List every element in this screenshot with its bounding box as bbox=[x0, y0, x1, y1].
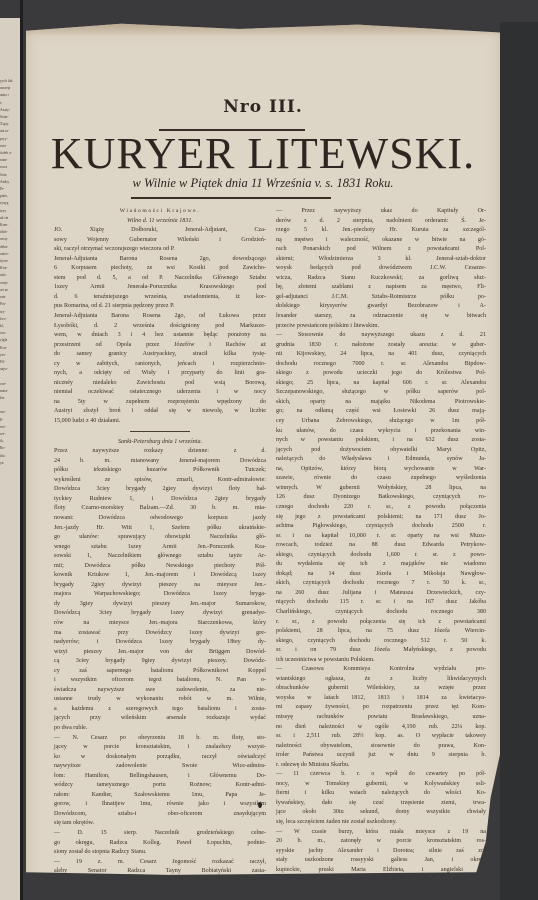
text-line: ku ułanów, do czasu wykrycia i przekonan… bbox=[276, 427, 486, 437]
text-line: mii; Dowódzca półku Newskiego piechoty P… bbox=[54, 562, 266, 572]
text-line: — Czasowa Kommisya Kontrolna wydziału pr… bbox=[276, 665, 486, 675]
text-line: Przez naywyższe rozkazy dzienne: z d. bbox=[54, 447, 266, 457]
text-line: Łysobóki, d. 2 września dościgniony pod … bbox=[54, 322, 266, 332]
text-line: się jego z powstańcami polskiemi; na 171… bbox=[276, 513, 486, 523]
text-line: achima Pigłowskiego, czyniących dochodu … bbox=[276, 522, 486, 532]
text-line: skiego, czyniących dochodu 1,600 r. sr. … bbox=[276, 551, 486, 561]
text-line: tyckiey Rudniew 1, i Dowódzca 2giey bryg… bbox=[54, 495, 266, 505]
text-line: dokąd; na 14 dusz Józefa i Mikołaja Nawg… bbox=[276, 570, 486, 580]
text-line: a każdemu z szeregowych tego batalionu i… bbox=[54, 705, 266, 715]
text-line: jącey w porcie kronsztatskim, i znalazłs… bbox=[54, 743, 266, 753]
newspaper-page: Nro III. KURYER LITEWSKI. w Wilnie w Pią… bbox=[26, 22, 500, 894]
text-line: gle. Z osad jednak tych okrętów wszyscy … bbox=[276, 875, 486, 885]
text-line: rach Ponarskich pod Wilnem z powstańcami… bbox=[276, 245, 486, 255]
text-line: Dowódzca 3ciey brygady 2giey dywizyi flo… bbox=[54, 485, 266, 495]
text-line: Senatu. bbox=[54, 886, 266, 896]
text-line: cy zaś sapernego batalionu Półkownikowi … bbox=[54, 667, 266, 677]
text-line: na, Opitzów, którzy biorą wychowanie w W… bbox=[276, 465, 486, 475]
left-column: Wiadomości Krajowe. Wilno d. 11 września… bbox=[54, 207, 266, 896]
text-line: Dowódzcą 3ciey brygady 1szey dywizyi gre… bbox=[54, 609, 266, 619]
text-line: wem, w dniach 3 i 4 bez ustannie będąc p… bbox=[54, 331, 266, 341]
text-line: go ułanów: sprawujący obowiązki Naczelni… bbox=[54, 533, 266, 543]
text-line: łom: Hamilton, Bellingshausen, i Głównem… bbox=[54, 772, 266, 782]
text-line: nii Kijowskiey, 24 lipca, na 401 dusz, c… bbox=[276, 350, 486, 360]
text-line: skiego z powodu ucieczki jego do Królest… bbox=[276, 369, 486, 379]
text-line: Jen.-jazdy Hr. Witt 1, Szefem półku ukra… bbox=[54, 524, 266, 534]
text-line: nocy, w Tomskiey gubernii, w Kolywańskie… bbox=[276, 780, 486, 790]
text-line: — Stosownie do naywyższego ukazu z d. 21 bbox=[276, 331, 486, 341]
text-line: aleby Senator Radzca Tayny Bobiatyński z… bbox=[54, 867, 266, 877]
text-line: rzego 5 kl. Jen.-piechoty Hr. Kuruta za … bbox=[276, 226, 486, 236]
text-line: polskiemi, 28 lipca, na 75 dusz Józefa W… bbox=[276, 627, 486, 637]
text-line: należności obywatelom, stosownie do praw… bbox=[276, 742, 486, 752]
text-line: Jenerał-Adjutanta Barona Rosena 2go, od … bbox=[54, 312, 266, 322]
adjacent-left-page: yych lub ausreja ataia i e Azasy- Soiar-… bbox=[0, 18, 20, 900]
text-line: niemiał oczekiwać ostatecznego uderzenia… bbox=[54, 388, 266, 398]
text-line: stem pod d. 5, a od P. Naczelnika Główne… bbox=[54, 274, 266, 284]
text-line: ski, raczył otrzymać wczorajszego wieczo… bbox=[54, 245, 266, 255]
text-line: sr. i on 79 dusz Józefa Małyńskiego, z p… bbox=[276, 646, 486, 656]
text-line: skich, czyniących dochodu rocznego 7 r. … bbox=[276, 579, 486, 589]
text-line: obrachunków gubernii Wileńskiey, za wzię… bbox=[276, 684, 486, 694]
text-line: syyskie jachty Alexander i Dorotea; siln… bbox=[276, 847, 486, 857]
text-line: szawie, równie do czasu zupełnego wyśled… bbox=[276, 474, 486, 484]
text-line: brygady 2giey dywizyi pieszey na mieysce… bbox=[54, 581, 266, 591]
text-line: półku irkutskiego huzarów Półkownik Tutc… bbox=[54, 466, 266, 476]
left-page-fragments: yych lub ausreja ataia i e Azasy- Soiar-… bbox=[0, 78, 19, 598]
text-line: ną męstwo i waleczność, okazane w bitwie… bbox=[276, 236, 486, 246]
text-line: kownik Kriukow 1, Jen.-majorem i Dowódzc… bbox=[54, 571, 266, 581]
text-line: 6 Korpusem piechoty, ze wsi Kosiki pod Z… bbox=[54, 264, 266, 274]
text-line: Dowódzcom, sztabs-i ober-oficerom znaydu… bbox=[54, 810, 266, 820]
text-line: należących do Władysława i Edmunda, synó… bbox=[276, 455, 486, 465]
text-line: derów z d. 2 sierpnia, nadolnieni ordera… bbox=[276, 217, 486, 227]
text-line: fierni i kilku wsiach należących do włoś… bbox=[276, 789, 486, 799]
text-line: skiemi; Włodzimierza 3 kl. Jenerał-sztab… bbox=[276, 255, 486, 265]
text-line: rowcach, todzież na 88 dusz Edwarda Petr… bbox=[276, 541, 486, 551]
text-line: dy 3giey dywizyi pieszey Jen.-major Suma… bbox=[54, 600, 266, 610]
text-line: ko w doskonałym porządku, raczył oświadc… bbox=[54, 753, 266, 763]
text-line: jących przy wileńskim arsenale rozkazuje… bbox=[54, 714, 266, 724]
text-line: 126 dusz Dyonizego Batkowskiego, czyniąc… bbox=[276, 493, 486, 503]
text-line: go; na odłamą część wsi Łosiewki 26 dusz… bbox=[276, 407, 486, 417]
text-line: się, leca szczęściem żaden nie został us… bbox=[276, 818, 486, 828]
text-line: dochodu rocznego 7000 r. sr. Alexandra B… bbox=[276, 360, 486, 370]
text-line: Charlińskiego, czyniących dochodu roczne… bbox=[276, 608, 486, 618]
text-line: kupieckie, pruski Maria Elżbieta, i angi… bbox=[276, 866, 486, 876]
text-line: jące około 30tu sekund, domy wszystkie c… bbox=[276, 808, 486, 818]
subsection-date: Sankt-Petersburg dnia 1 września. bbox=[54, 438, 266, 448]
text-line: ratowali na inne. (T. P.) bbox=[276, 885, 486, 895]
newspaper-title: KURYER LITEWSKI. bbox=[26, 132, 500, 176]
text-line: Jenerał-Adjutanta Barona Rosena 2go, dow… bbox=[54, 255, 266, 265]
text-line: dał w 2gim oddziale 6go Departamentu Rzą… bbox=[54, 877, 266, 887]
text-line: nadyerów; i Dowódzca 1szey brygady 18tey… bbox=[54, 638, 266, 648]
text-line: winnych. W gubernii Wołyńskiey, 28 lipca… bbox=[276, 484, 486, 494]
right-column: — Przez naywyższy ukaz do Kapituły Or-de… bbox=[276, 207, 486, 894]
text-line: 24 b. m. mianowany Jenerał-majorem Dowód… bbox=[54, 457, 266, 467]
text-line: — D. 15 sierp. Naczelnik grodzieńskiego … bbox=[54, 829, 266, 839]
text-line: floty Czarno-morskiey Balzam.—Zd. 30 b. … bbox=[54, 504, 266, 514]
text-line: sr. i 2,511 rub. 28½ kop. as. O wypłacie… bbox=[276, 732, 486, 742]
text-line: — Przez naywyższy ukaz do Kapituły Or- bbox=[276, 207, 486, 217]
text-line: — W czasie burzy, która miała mieysce z … bbox=[276, 828, 486, 838]
text-line: cznego dochodu 220 r. sr., z powodu połą… bbox=[276, 503, 486, 513]
article-decrees: — Przez naywyższy ukaz do Kapituły Or-de… bbox=[276, 207, 486, 894]
text-line: Szczepanowskiego, służącego w półku sape… bbox=[276, 388, 486, 398]
text-line: do samey granicy Austryackiey, stracił k… bbox=[54, 350, 266, 360]
text-line: dolskiego kirysyerów gwardyi Bezobrazow … bbox=[276, 302, 486, 312]
scanner-background bbox=[500, 22, 538, 900]
issue-number: Nro III. bbox=[26, 97, 500, 117]
text-line: nych w powstaniu polskiem, i na 632 dusz… bbox=[276, 436, 486, 446]
text-line: r. odezwę do Ministra Skarbu. bbox=[276, 761, 486, 771]
text-line: rałom: Kandier, Szałowskiemu 1mu, Papa J… bbox=[54, 791, 266, 801]
text-line: troler Państwa uczynił już w dniu 9 sier… bbox=[276, 751, 486, 761]
book-binding bbox=[20, 0, 23, 900]
text-line: na 5ty w zupełnem rozprzężeniu wpędzony … bbox=[54, 398, 266, 408]
text-line: na 260 dusz Julijana i Mateusza Drzewiec… bbox=[276, 589, 486, 599]
article-petersburg: Przez naywyższe rozkazy dzienne: z d.24 … bbox=[54, 447, 266, 896]
text-line: wiantskiego ogłasza, że z liczby likwida… bbox=[276, 675, 486, 685]
text-line: gel-adjutanci J.C.M. Sztabs-Rotmistrze p… bbox=[276, 293, 486, 303]
text-line: wódzcy tameysznego portu Rożnow; Kontr-a… bbox=[54, 781, 266, 791]
text-line: — 11 czerwca b. r. o wpół do czwartey po… bbox=[276, 770, 486, 780]
text-line: świadcza naywyższe swe zadowolenie, za n… bbox=[54, 686, 266, 696]
text-line: cey Urbana Żebrowskiego, służącego w 1m … bbox=[276, 417, 486, 427]
ink-spot bbox=[258, 802, 262, 808]
text-line: lexander starszy, za odznaczenie się w b… bbox=[276, 312, 486, 322]
text-line: skiego; 25 lipca, na kapitał 606 r. sr. … bbox=[276, 379, 486, 389]
text-line: pus Romarina, od d. 21 sierpnia pędzony … bbox=[54, 302, 266, 312]
text-line: ma zostawać przy Dowódzcy 1szey dywizyi … bbox=[54, 629, 266, 639]
text-line: wicza, Radzca Stanu Kuczkowski; za gorli… bbox=[276, 274, 486, 284]
text-line: 15,000 ludzi z 40 działami. bbox=[54, 417, 266, 427]
text-line: mi zapasy żywności, po rozpatrzeniu prze… bbox=[276, 703, 486, 713]
text-line: wykreśleni ze spisów, zmarli, Kontr-admi… bbox=[54, 476, 266, 486]
text-line: — 19 z. m. Cesarz Jegomość rozkazać racz… bbox=[54, 858, 266, 868]
text-line: jących pod dożywociem obywatelki Maryi O… bbox=[276, 446, 486, 456]
section-divider bbox=[130, 431, 190, 432]
text-line: sowski 1, Naczelnikiem głównego sztabu t… bbox=[54, 552, 266, 562]
text-line: majora Warpachowskiego; Dowódzca 1szey b… bbox=[54, 590, 266, 600]
text-line: naywyższe zadowolenie Swoie Wice-admira- bbox=[54, 762, 266, 772]
text-line: 20 b. m., zatonęły w porcie kronsztatski… bbox=[276, 837, 486, 847]
text-line: bę, złotemi szablami z napisem za męstwo… bbox=[276, 283, 486, 293]
text-line: woyska w latach 1812, 1813 i 1814 za kwi… bbox=[276, 694, 486, 704]
text-line: sr. i na kapitał 10,000 r. sr. oparty na… bbox=[276, 532, 486, 542]
text-line: du wydalenia się ich z majątków nie wiad… bbox=[276, 560, 486, 570]
text-line: niących dochodu 115 r. sr. i na 167 dusz… bbox=[276, 598, 486, 608]
text-line: go okręgu, Radzca Kolleg. Paweł Łopuchin… bbox=[54, 839, 266, 849]
text-line: d. 6 teraźniejszego września, uwiadomien… bbox=[54, 293, 266, 303]
masthead-rule-bottom bbox=[131, 197, 331, 199]
text-line: skiego, czyniących dochodu rocznego 512 … bbox=[276, 637, 486, 647]
text-line: nych, a odcięty od Wisły i przyparty do … bbox=[54, 369, 266, 379]
text-line: się tam okrętów. bbox=[54, 819, 266, 829]
text-line: nicznéy niedaleko Zawichostu pod wsią Bo… bbox=[54, 379, 266, 389]
text-line: JO. Xiążę Dołhoruki, Jenerał-Adjutant, C… bbox=[54, 226, 266, 236]
text-line: grudnia 1830 r. nałożone zostały areszta… bbox=[276, 341, 486, 351]
article-vilnius: JO. Xiążę Dołhoruki, Jenerał-Adjutant, C… bbox=[54, 226, 266, 426]
text-line: i wszystkim oficerom tegoż batalionu, N.… bbox=[54, 676, 266, 686]
text-line: wnego sztabu 1szey Armii Jen.-Porucznik … bbox=[54, 543, 266, 553]
text-line: skich, oparty na majątku Nikodema Piotro… bbox=[276, 398, 486, 408]
text-line: stały uszkodzone rossyyski galiess Jan, … bbox=[276, 856, 486, 866]
text-line: r. sr., z powodu połączenia się ich z po… bbox=[276, 618, 486, 628]
text-line: missyę rachunków powiatu Brasławskiego, … bbox=[276, 713, 486, 723]
text-line: woysk bedących pod dowództwem J.C.W. Ces… bbox=[276, 264, 486, 274]
text-line: przestrzeni od Opola przez Józefów i Rac… bbox=[54, 341, 266, 351]
text-line: no dień należności w ogóle 4,190 rub. 22… bbox=[276, 723, 486, 733]
text-line: cą 3ciey brygady 9giey dywizyi pieszey. … bbox=[54, 657, 266, 667]
text-line: rów na mieysce Jen.-majora Starczenkowa,… bbox=[54, 619, 266, 629]
text-line: sowy Wojenny Gubernator Wileński i Grodz… bbox=[54, 236, 266, 246]
text-line: — N. Cesarz po obeyrzeniu 18 b. m. floty… bbox=[54, 734, 266, 744]
text-line: Austryi złożył broń i oddał się w niewol… bbox=[54, 407, 266, 417]
dateline: w Wilnie w Piątek dnia 11 Września v. s.… bbox=[26, 176, 500, 191]
text-line: ustanne trudy w wykonaniu robót w m. Wil… bbox=[54, 695, 266, 705]
text-line: gorow, i Ihnatijew 1mu, równie jako i ws… bbox=[54, 800, 266, 810]
section-heading: Wiadomości Krajowe. bbox=[54, 207, 266, 217]
text-line: ich uczestnictwa w powstaniu Polskiem. bbox=[276, 656, 486, 666]
text-line: nowani: Dowódzca odwodowego korpusu jazd… bbox=[54, 514, 266, 524]
text-line: po dwa ruble. bbox=[54, 724, 266, 734]
text-line: 1szey Armii Jenerała-Porucznika Krasowsk… bbox=[54, 283, 266, 293]
text-line: przeciw powstańcom polskim i litewskim. bbox=[276, 322, 486, 332]
text-line: siony został do stopnia Radzcy Stanu. bbox=[54, 848, 266, 858]
text-line: cy w zabitych, ranionych, jeńcach i rozp… bbox=[54, 360, 266, 370]
text-line: ływańskiey, dało się czuć trzęsienie zie… bbox=[276, 799, 486, 809]
text-line: wizyi pieszey Jen.-major von der Brüggen… bbox=[54, 648, 266, 658]
section-date: Wilno d. 11 września 1831. bbox=[54, 217, 266, 227]
